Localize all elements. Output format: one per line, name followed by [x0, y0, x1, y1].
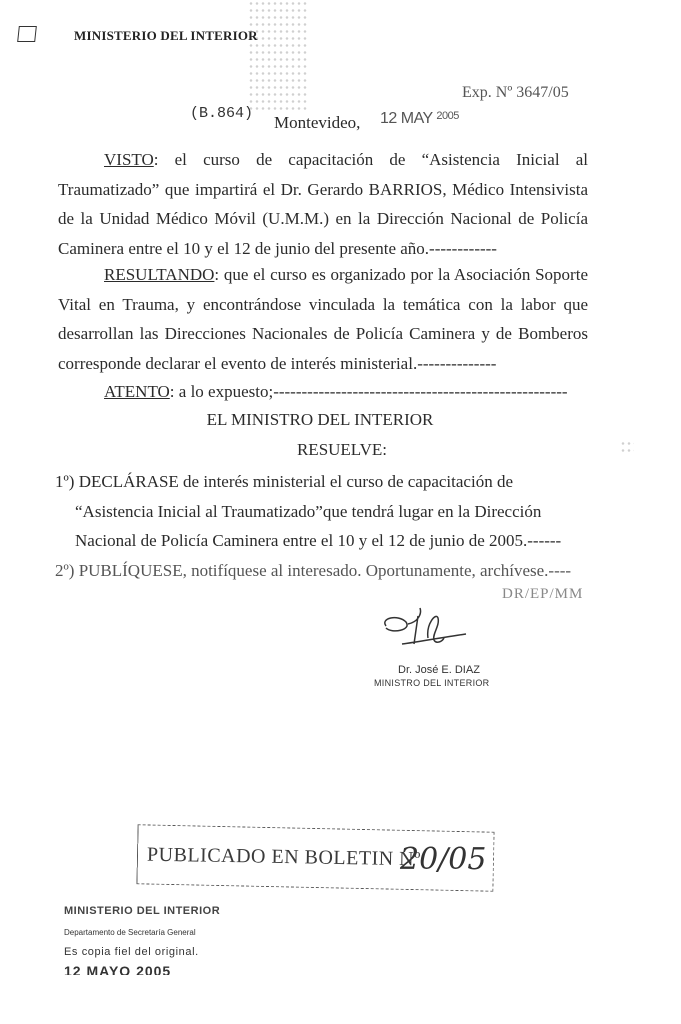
- date-stamp: 12 MAY 2005: [380, 110, 459, 128]
- resultando-paragraph: RESULTANDO: que el curso es organizado p…: [58, 260, 588, 378]
- article-1-text: DECLÁRASE de interés ministerial el curs…: [79, 472, 513, 491]
- article-1-number: 1º): [55, 472, 74, 491]
- publication-stamp-number: 20/05: [400, 842, 486, 877]
- article-2-number: 2º): [55, 561, 74, 580]
- publication-stamp-text: PUBLICADO EN BOLETIN Nº: [147, 844, 421, 872]
- date-stamp-day: 12 MAY: [380, 110, 432, 127]
- signature-icon: [378, 604, 468, 654]
- signatory-name: Dr. José E. DIAZ: [398, 664, 480, 676]
- date-stamp-year: 2005: [436, 110, 458, 122]
- resultando-label: RESULTANDO: [104, 265, 214, 284]
- reference-code: (B.864): [190, 105, 253, 122]
- copy-stamp-ministry: MINISTERIO DEL INTERIOR: [64, 905, 220, 917]
- initials: DR/EP/MM: [502, 586, 583, 603]
- scan-noise: [248, 0, 308, 110]
- article-2-text: PUBLÍQUESE, notifíquese al interesado. O…: [79, 561, 571, 580]
- article-1-continuation: “Asistencia Inicial al Traumatizado”que …: [55, 497, 595, 556]
- copy-stamp-note: Es copia fiel del original.: [64, 946, 199, 958]
- atento-label: ATENTO: [104, 382, 170, 401]
- signatory-role: MINISTRO DEL INTERIOR: [374, 678, 489, 688]
- article-2: 2º) PUBLÍQUESE, notifíquese al interesad…: [55, 556, 595, 586]
- visto-label: VISTO: [104, 150, 154, 169]
- expediente-number: Exp. Nº 3647/05: [462, 84, 569, 102]
- resuelve-heading: RESUELVE:: [42, 440, 642, 460]
- copy-stamp-department: Departamento de Secretaría General: [64, 928, 196, 937]
- visto-paragraph: VISTO: el curso de capacitación de “Asis…: [58, 145, 588, 263]
- atento-paragraph: ATENTO: a lo expuesto;------------------…: [58, 377, 588, 407]
- article-1: 1º) DECLÁRASE de interés ministerial el …: [55, 467, 595, 556]
- place: Montevideo,: [274, 113, 360, 133]
- copy-stamp-date: 12 MAYO 2005: [64, 963, 171, 975]
- atento-text: : a lo expuesto;------------------------…: [170, 382, 568, 401]
- minister-title: EL MINISTRO DEL INTERIOR: [20, 410, 620, 430]
- seal-icon: [17, 26, 37, 42]
- ministry-header: MINISTERIO DEL INTERIOR: [74, 28, 258, 44]
